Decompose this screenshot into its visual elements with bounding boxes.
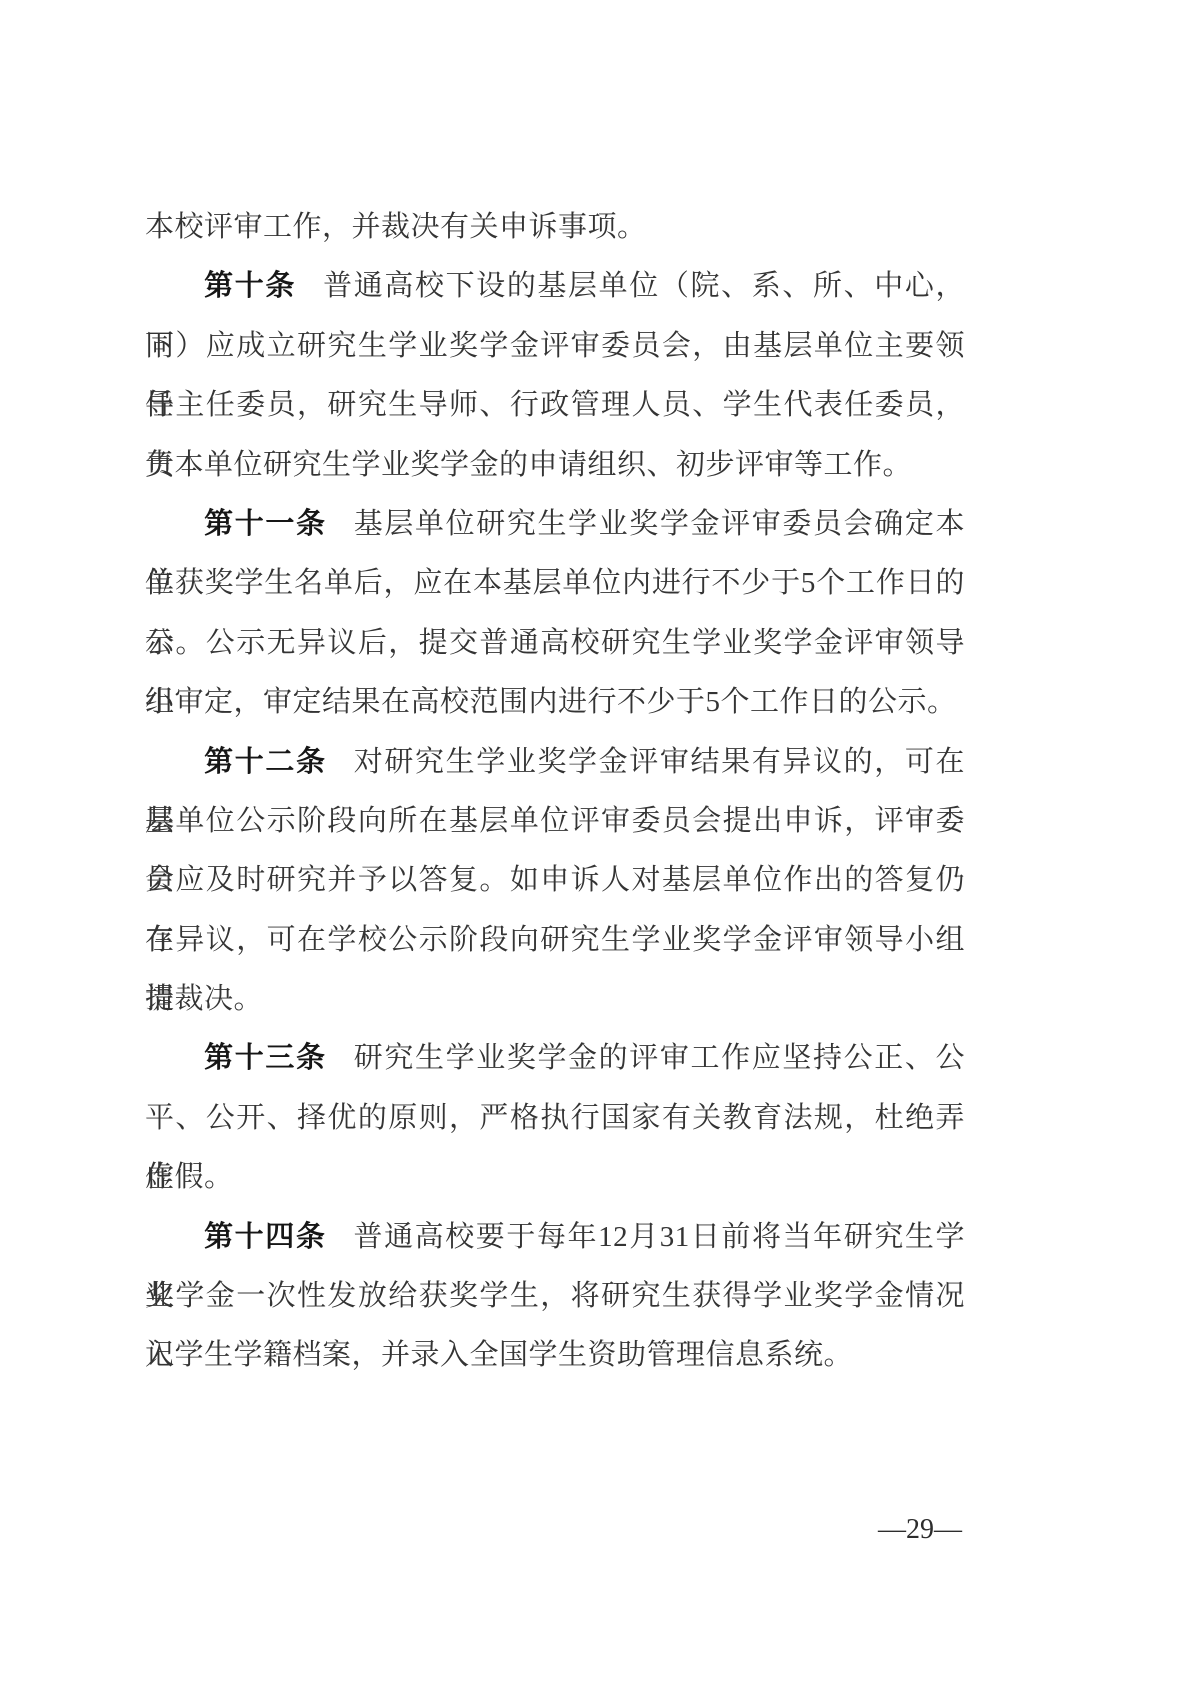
label-gap — [327, 532, 353, 533]
text-line: 层单位公示阶段向所在基层单位评审委员会提出申诉，评审委员 — [145, 792, 965, 851]
paragraph-indent — [145, 770, 203, 771]
text-line: 第十二条对研究生学业奖学金评审结果有异议的，可在基 — [145, 733, 965, 792]
text-line: 本校评审工作，并裁决有关申诉事项。 — [145, 198, 965, 257]
label-gap — [326, 1245, 352, 1246]
paragraph-indent — [145, 1245, 203, 1246]
text-line: 会应及时研究并予以答复。如申诉人对基层单位作出的答复仍存 — [145, 851, 965, 910]
paragraph-text: 研究生学业奖学金的评审工作应坚持公正、公 — [353, 1042, 965, 1074]
text-line: 第十一条基层单位研究生学业奖学金评审委员会确定本单 — [145, 495, 965, 554]
text-line: 请裁决。 — [145, 970, 965, 1029]
article-number-label: 第十一条 — [203, 508, 327, 540]
document-body: 本校评审工作，并裁决有关申诉事项。第十条普通高校下设的基层单位（院、系、所、中心… — [145, 198, 965, 1386]
text-line: 第十三条研究生学业奖学金的评审工作应坚持公正、公 — [145, 1029, 965, 1088]
text-line: 示。公示无异议后，提交普通高校研究生学业奖学金评审领导小 — [145, 614, 965, 673]
text-line: 平、公开、择优的原则，严格执行国家有关教育法规，杜绝弄虚 — [145, 1089, 965, 1148]
text-line: 责本单位研究生学业奖学金的申请组织、初步评审等工作。 — [145, 436, 965, 495]
text-line: 位获奖学生名单后，应在本基层单位内进行不少于5个工作日的公 — [145, 554, 965, 613]
article-number-label: 第十条 — [203, 270, 296, 302]
article-number-label: 第十二条 — [203, 746, 327, 778]
paragraph-indent — [145, 294, 203, 295]
paragraph-indent — [145, 1066, 203, 1067]
text-line: 作假。 — [145, 1148, 965, 1207]
text-line: 组审定，审定结果在高校范围内进行不少于5个工作日的公示。 — [145, 673, 965, 732]
text-line: 第十条普通高校下设的基层单位（院、系、所、中心，下 — [145, 257, 965, 316]
text-line: 同）应成立研究生学业奖学金评审委员会，由基层单位主要领导 — [145, 317, 965, 376]
article-number-label: 第十三条 — [203, 1042, 327, 1074]
label-gap — [327, 1066, 353, 1067]
label-gap — [327, 770, 353, 771]
document-page: 本校评审工作，并裁决有关申诉事项。第十条普通高校下设的基层单位（院、系、所、中心… — [0, 0, 1200, 1694]
text-line: 任主任委员，研究生导师、行政管理人员、学生代表任委员，负 — [145, 376, 965, 435]
text-line: 第十四条普通高校要于每年12月31日前将当年研究生学业 — [145, 1208, 965, 1267]
text-line: 奖学金一次性发放给获奖学生，将研究生获得学业奖学金情况记 — [145, 1267, 965, 1326]
text-line: 在异议，可在学校公示阶段向研究生学业奖学金评审领导小组提 — [145, 911, 965, 970]
text-line: 入学生学籍档案，并录入全国学生资助管理信息系统。 — [145, 1326, 965, 1385]
label-gap — [296, 294, 322, 295]
article-number-label: 第十四条 — [203, 1221, 326, 1253]
paragraph-indent — [145, 532, 203, 533]
page-number: —29— — [878, 1514, 962, 1546]
